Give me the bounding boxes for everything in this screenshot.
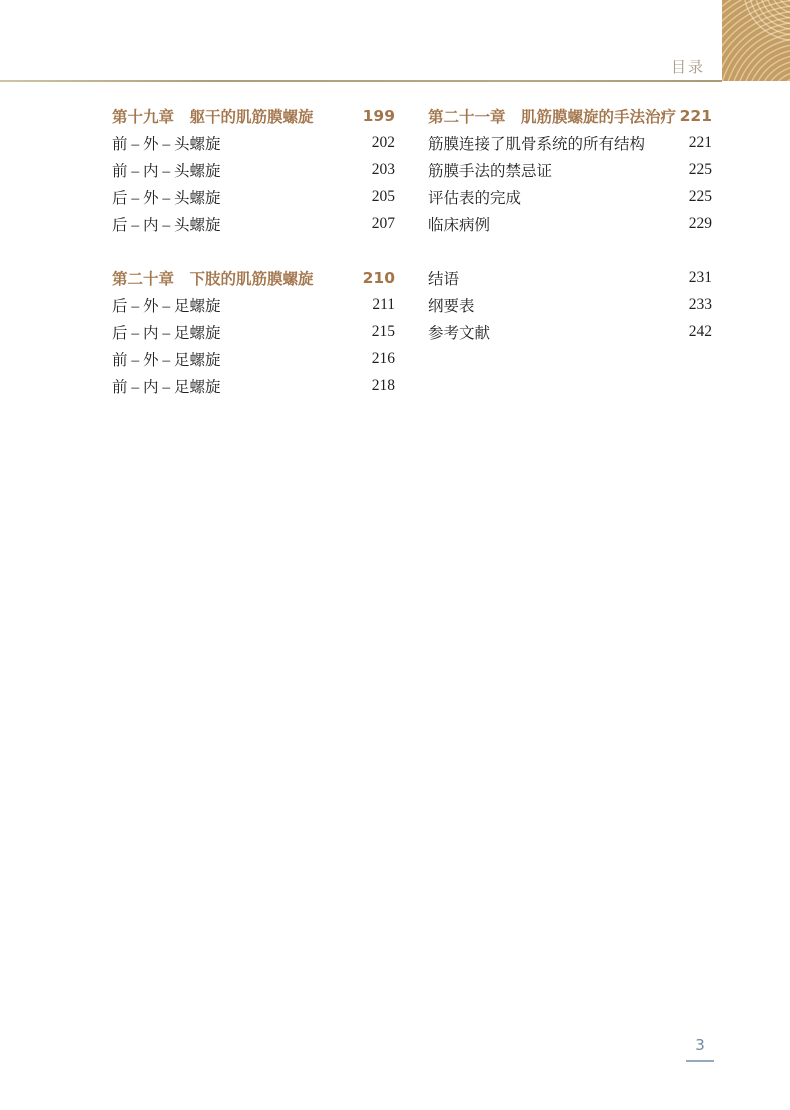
section-gap (428, 237, 712, 264)
toc-chapter-row: 第十九章 躯干的肌筋膜螺旋199 (112, 102, 395, 129)
toc-entry-page: 233 (689, 296, 712, 314)
toc-entry-row: 结语231 (428, 264, 712, 291)
toc-column-right: 第二十一章 肌筋膜螺旋的手法治疗221筋膜连接了肌骨系统的所有结构221筋膜手法… (428, 102, 712, 345)
toc-entry-title: 评估表的完成 (428, 186, 521, 208)
toc-entry-page: 231 (689, 269, 712, 287)
toc-entry-title: 纲要表 (428, 294, 475, 316)
toc-column-left: 第十九章 躯干的肌筋膜螺旋199前 – 外 – 头螺旋202前 – 内 – 头螺… (112, 102, 395, 399)
toc-entry-page: 205 (372, 188, 395, 206)
toc-entry-row: 筋膜连接了肌骨系统的所有结构221 (428, 129, 712, 156)
toc-entry-title: 前 – 外 – 足螺旋 (112, 348, 221, 370)
toc-entry-title: 前 – 外 – 头螺旋 (112, 132, 221, 154)
toc-entry-title: 结语 (428, 267, 459, 289)
toc-entry-page: 242 (689, 323, 712, 341)
toc-chapter-row: 第二十一章 肌筋膜螺旋的手法治疗221 (428, 102, 712, 129)
toc-entry-page: 225 (689, 188, 712, 206)
toc-entry-title: 前 – 内 – 足螺旋 (112, 375, 221, 397)
toc-chapter-page: 199 (363, 107, 395, 125)
toc-entry-row: 前 – 外 – 足螺旋216 (112, 345, 395, 372)
toc-entry-page: 211 (372, 296, 395, 314)
toc-entry-row: 临床病例229 (428, 210, 712, 237)
toc-entry-row: 前 – 外 – 头螺旋202 (112, 129, 395, 156)
toc-entry-title: 筋膜连接了肌骨系统的所有结构 (428, 132, 645, 154)
toc-entry-row: 评估表的完成225 (428, 183, 712, 210)
toc-entry-page: 221 (689, 134, 712, 152)
toc-entry-row: 参考文献242 (428, 318, 712, 345)
toc-entry-row: 后 – 外 – 头螺旋205 (112, 183, 395, 210)
toc-entry-title: 筋膜手法的禁忌证 (428, 159, 552, 181)
toc-entry-title: 后 – 内 – 足螺旋 (112, 321, 221, 343)
toc-chapter-title: 第十九章 躯干的肌筋膜螺旋 (112, 105, 314, 127)
toc-entry-page: 215 (372, 323, 395, 341)
toc-entry-title: 临床病例 (428, 213, 490, 235)
toc-entry-row: 后 – 内 – 头螺旋207 (112, 210, 395, 237)
toc-entry-page: 218 (372, 377, 395, 395)
toc-chapter-title: 第二十一章 肌筋膜螺旋的手法治疗 (428, 105, 676, 127)
toc-entry-title: 前 – 内 – 头螺旋 (112, 159, 221, 181)
toc-entry-title: 参考文献 (428, 321, 490, 343)
toc-entry-title: 后 – 内 – 头螺旋 (112, 213, 221, 235)
header-title: 目录 (671, 56, 705, 77)
section-gap (112, 237, 395, 264)
page-number: 3 (672, 1036, 728, 1054)
page-number-rule (686, 1060, 714, 1062)
toc-entry-row: 纲要表233 (428, 291, 712, 318)
toc-chapter-row: 第二十章 下肢的肌筋膜螺旋210 (112, 264, 395, 291)
toc-page: 目录 (0, 0, 790, 1110)
toc-entry-page: 207 (372, 215, 395, 233)
fingerprint-spiral-graphic (722, 0, 790, 81)
toc-entry-row: 前 – 内 – 足螺旋218 (112, 372, 395, 399)
toc-entry-page: 216 (372, 350, 395, 368)
toc-entry-row: 后 – 外 – 足螺旋211 (112, 291, 395, 318)
toc-entry-row: 前 – 内 – 头螺旋203 (112, 156, 395, 183)
toc-entry-page: 225 (689, 161, 712, 179)
toc-entry-page: 202 (372, 134, 395, 152)
toc-entry-row: 筋膜手法的禁忌证225 (428, 156, 712, 183)
toc-entry-row: 后 – 内 – 足螺旋215 (112, 318, 395, 345)
toc-entry-title: 后 – 外 – 头螺旋 (112, 186, 221, 208)
toc-chapter-page: 221 (680, 107, 712, 125)
toc-chapter-page: 210 (363, 269, 395, 287)
toc-entry-page: 203 (372, 161, 395, 179)
toc-chapter-title: 第二十章 下肢的肌筋膜螺旋 (112, 267, 314, 289)
header-rule (0, 80, 722, 82)
toc-entry-page: 229 (689, 215, 712, 233)
toc-entry-title: 后 – 外 – 足螺旋 (112, 294, 221, 316)
fingerprint-spiral-icon (722, 0, 790, 81)
